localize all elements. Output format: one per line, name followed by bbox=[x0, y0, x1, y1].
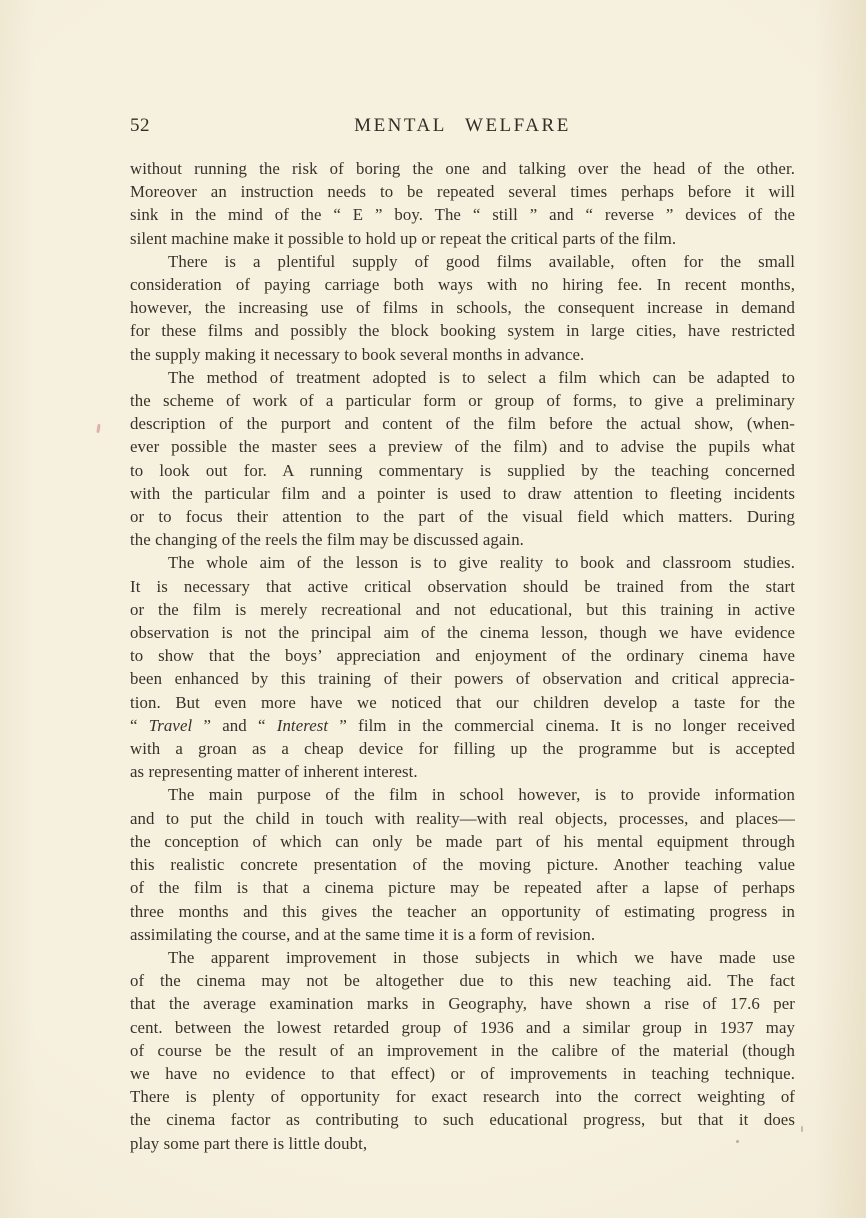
text-line: three months and this gives the teacher … bbox=[130, 900, 795, 923]
plain-text: ” film in the commercial cinema. It is n… bbox=[328, 716, 795, 735]
text-line: or to focus their attention to the part … bbox=[130, 505, 795, 528]
paragraph: The apparent improvement in those subjec… bbox=[130, 946, 795, 1155]
paragraph: without running the risk of boring the o… bbox=[130, 157, 795, 250]
text-line: The apparent improvement in those subjec… bbox=[130, 946, 795, 969]
text-line: that the average examination marks in Ge… bbox=[130, 992, 795, 1015]
scan-speck bbox=[736, 1140, 739, 1143]
italic-text: Interest bbox=[277, 716, 328, 735]
text-line: ever possible the master sees a preview … bbox=[130, 435, 795, 458]
text-line: the cinema factor as contributing to suc… bbox=[130, 1108, 795, 1131]
text-line: cent. between the lowest retarded group … bbox=[130, 1016, 795, 1039]
text-line: tion. But even more have we noticed that… bbox=[130, 691, 795, 714]
text-line: sink in the mind of the “ E ” boy. The “… bbox=[130, 203, 795, 226]
text-line: The whole aim of the lesson is to give r… bbox=[130, 551, 795, 574]
paragraph: The main purpose of the film in school h… bbox=[130, 783, 795, 945]
paragraph: The method of treatment adopted is to se… bbox=[130, 366, 795, 552]
plain-text: “ bbox=[130, 716, 149, 735]
text-line: There is plenty of opportunity for exact… bbox=[130, 1085, 795, 1108]
text-line: with the particular film and a pointer i… bbox=[130, 482, 795, 505]
text-line: the conception of which can only be made… bbox=[130, 830, 795, 853]
text-line: to look out for. A running commentary is… bbox=[130, 459, 795, 482]
text-line: as representing matter of inherent inter… bbox=[130, 760, 795, 783]
text-line: “ Travel ” and “ Interest ” film in the … bbox=[130, 714, 795, 737]
paragraph: There is a plentiful supply of good film… bbox=[130, 250, 795, 366]
page-header: 52 MENTAL WELFARE bbox=[130, 115, 795, 141]
text-line: this realistic concrete presentation of … bbox=[130, 853, 795, 876]
scanned-page: 52 MENTAL WELFARE without running the ri… bbox=[0, 0, 866, 1218]
text-line: of the film is that a cinema picture may… bbox=[130, 876, 795, 899]
text-line: There is a plentiful supply of good film… bbox=[130, 250, 795, 273]
text-line: observation is not the principal aim of … bbox=[130, 621, 795, 644]
text-line: been enhanced by this training of their … bbox=[130, 667, 795, 690]
text-line: description of the purport and content o… bbox=[130, 412, 795, 435]
text-line: we have no evidence to that effect) or o… bbox=[130, 1062, 795, 1085]
page-body: without running the risk of boring the o… bbox=[130, 157, 795, 1155]
italic-text: Travel bbox=[149, 716, 193, 735]
text-line: The method of treatment adopted is to se… bbox=[130, 366, 795, 389]
text-line: consideration of paying carriage both wa… bbox=[130, 273, 795, 296]
text-line: without running the risk of boring the o… bbox=[130, 157, 795, 180]
text-line: for these films and possibly the block b… bbox=[130, 319, 795, 342]
text-line: the changing of the reels the film may b… bbox=[130, 528, 795, 551]
scan-speck bbox=[96, 424, 100, 433]
text-line: assimilating the course, and at the same… bbox=[130, 923, 795, 946]
text-line: and to put the child in touch with reali… bbox=[130, 807, 795, 830]
running-title: MENTAL WELFARE bbox=[130, 115, 795, 137]
plain-text: ” and “ bbox=[192, 716, 276, 735]
text-line: of course be the result of an improvemen… bbox=[130, 1039, 795, 1062]
text-line: It is necessary that active critical obs… bbox=[130, 575, 795, 598]
text-line: with a groan as a cheap device for filli… bbox=[130, 737, 795, 760]
text-line: to show that the boys’ appreciation and … bbox=[130, 644, 795, 667]
text-line: Moreover an instruction needs to be repe… bbox=[130, 180, 795, 203]
text-line: or the film is merely recreational and n… bbox=[130, 598, 795, 621]
text-line: The main purpose of the film in school h… bbox=[130, 783, 795, 806]
text-line: the supply making it necessary to book s… bbox=[130, 343, 795, 366]
text-line: of the cinema may not be altogether due … bbox=[130, 969, 795, 992]
scan-speck bbox=[801, 1126, 803, 1132]
paragraph: The whole aim of the lesson is to give r… bbox=[130, 551, 795, 783]
text-line: play some part there is little doubt, bbox=[130, 1132, 795, 1155]
text-line: however, the increasing use of films in … bbox=[130, 296, 795, 319]
text-line: the scheme of work of a particular form … bbox=[130, 389, 795, 412]
text-line: silent machine make it possible to hold … bbox=[130, 227, 795, 250]
